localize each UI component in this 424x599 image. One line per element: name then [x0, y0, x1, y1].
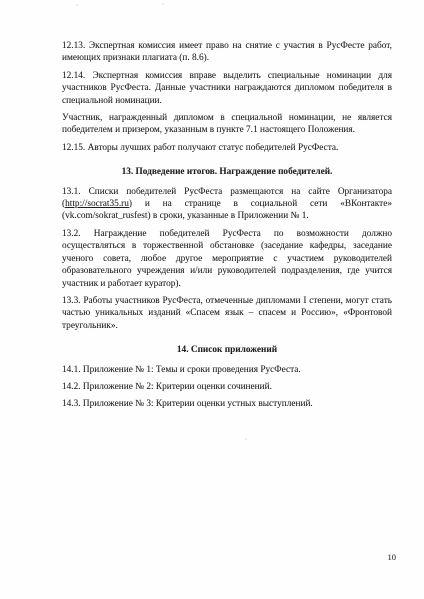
document-body: 12.13. Экспертная комиссия имеет право н… — [62, 40, 392, 416]
paragraph-14-1: 14.1. Приложение № 1: Темы и сроки прове… — [62, 364, 392, 376]
page-number: 10 — [388, 552, 397, 563]
paragraph-13-1: 13.1. Списки победителей РусФеста размещ… — [62, 186, 392, 223]
paragraph-12-13: 12.13. Экспертная комиссия имеет право н… — [62, 40, 392, 65]
paragraph-13-2: 13.2. Награждение победителей РусФеста п… — [62, 228, 392, 290]
organizer-site-link[interactable]: http://socrat35.ru — [65, 199, 129, 209]
paragraph-14-3: 14.3. Приложение № 3: Критерии оценки ус… — [62, 398, 392, 410]
paragraph-12-15: 12.15. Авторы лучших работ получают стат… — [62, 142, 392, 154]
section-heading-14: 14. Список приложений — [62, 344, 392, 356]
scan-speck — [162, 3, 164, 5]
paragraph-12-14: 12.14. Экспертная комиссия вправе выдели… — [62, 70, 392, 107]
document-page: 12.13. Экспертная комиссия имеет право н… — [0, 0, 424, 599]
section-heading-13: 13. Подведение итогов. Награждение побед… — [62, 166, 392, 178]
scan-speck — [181, 314, 183, 316]
paragraph-special-nomination-note: Участник, награжденный дипломом в специа… — [62, 112, 392, 137]
scan-speck — [76, 4, 78, 6]
paragraph-13-3: 13.3. Работы участников РусФеста, отмече… — [62, 295, 392, 332]
paragraph-14-2: 14.2. Приложение № 2: Критерии оценки со… — [62, 381, 392, 393]
scan-speck — [245, 438, 247, 440]
